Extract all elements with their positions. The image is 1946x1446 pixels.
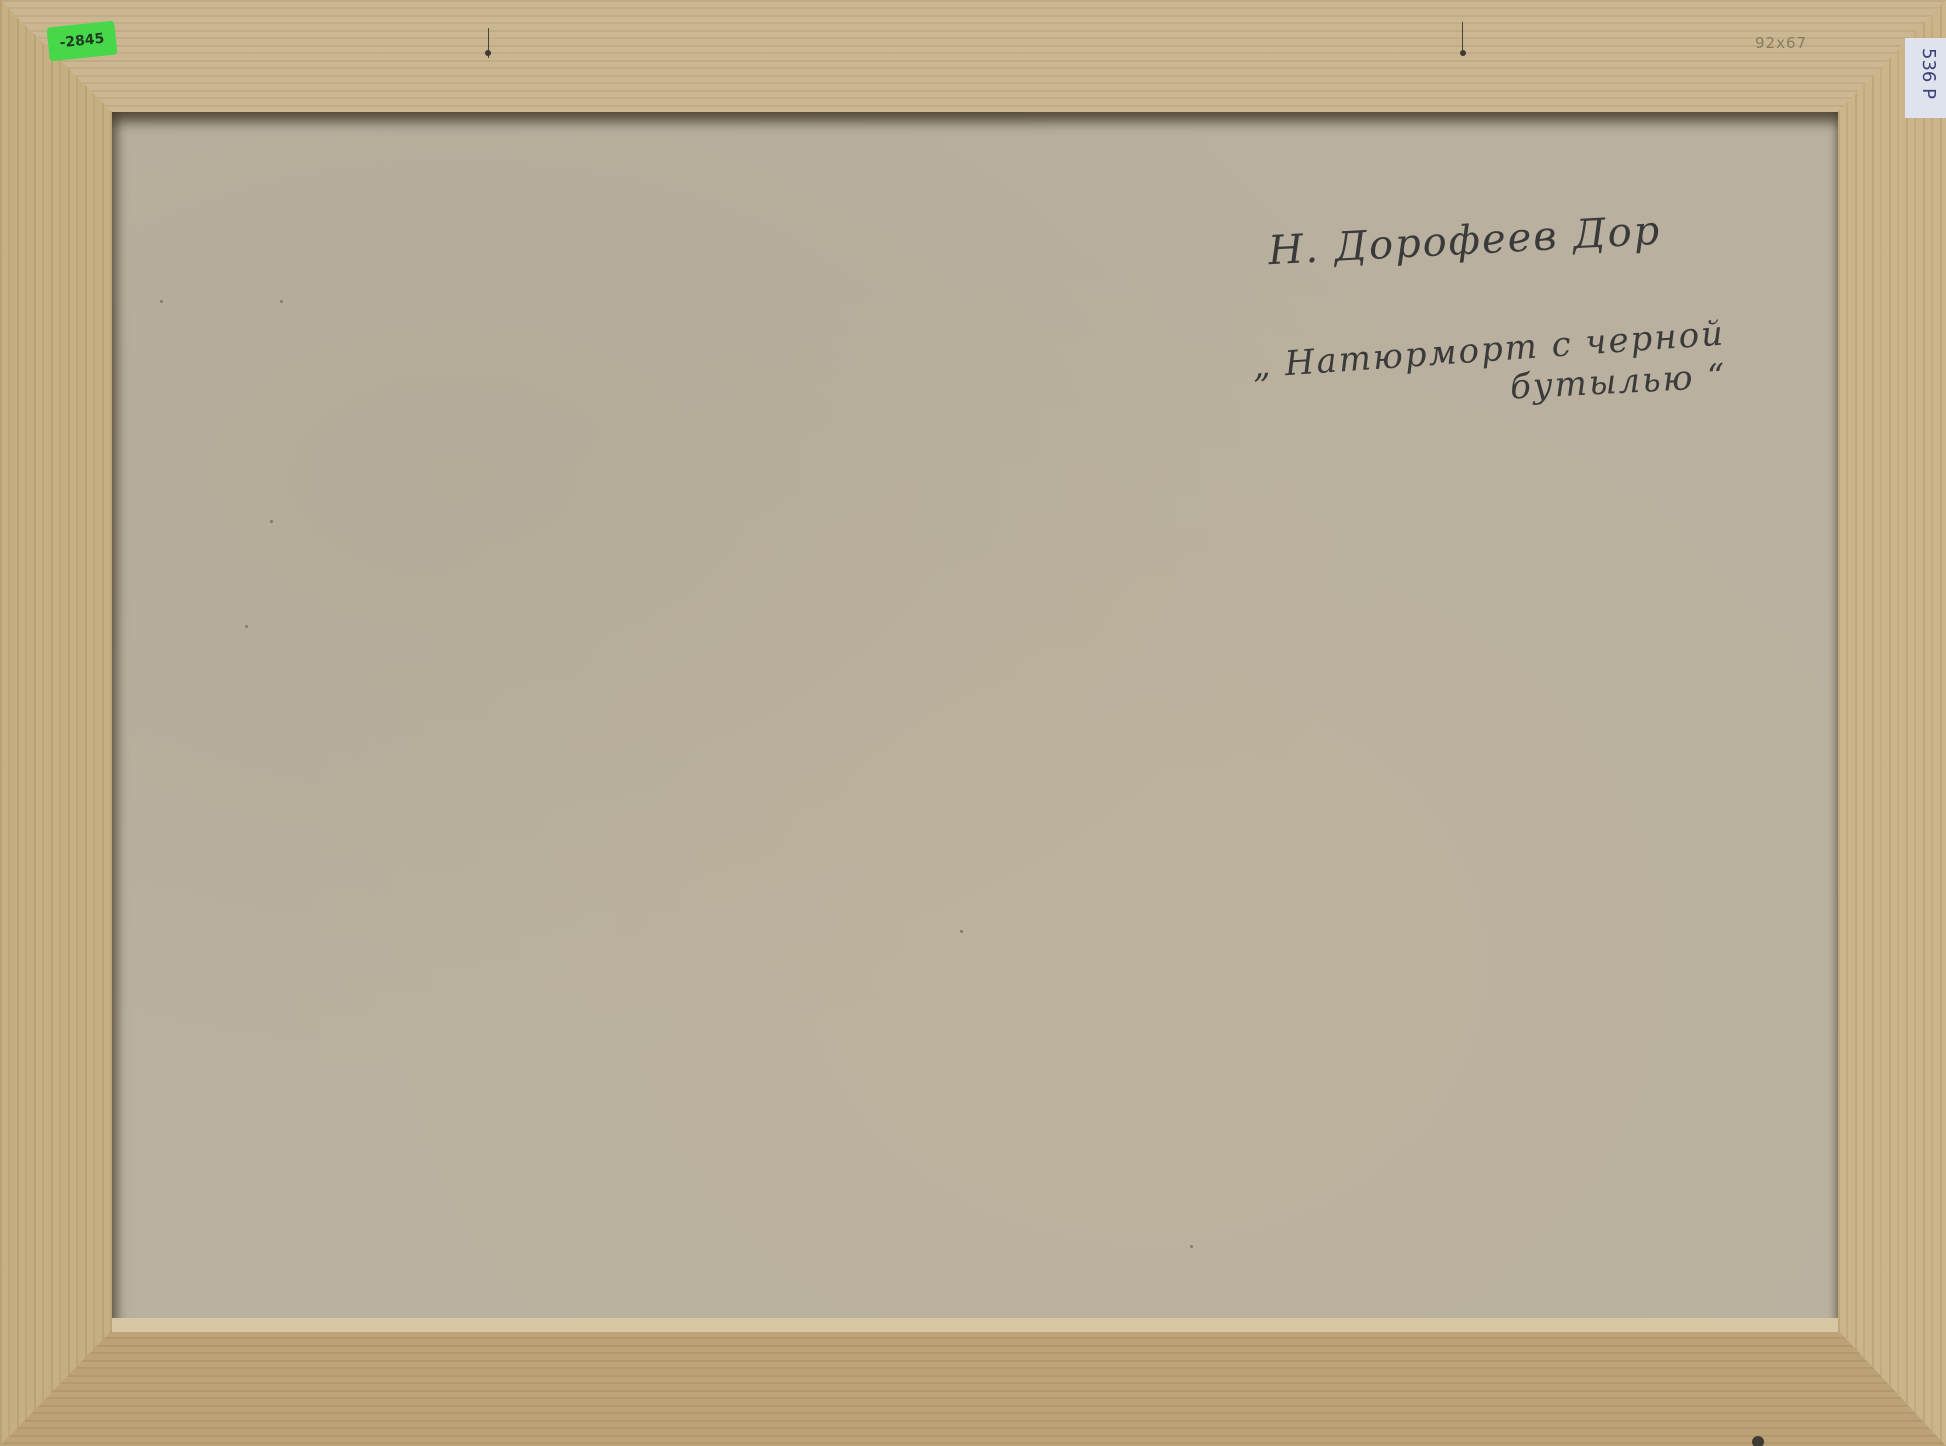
inventory-sticker: -2845 (46, 21, 117, 62)
board-speck (1190, 1245, 1193, 1248)
board-speck (960, 930, 963, 933)
sticker-text: -2845 (59, 31, 105, 52)
nail-head (1752, 1436, 1764, 1446)
board-bottom-edge (112, 1318, 1838, 1332)
board-speck (280, 300, 283, 303)
backing-board (112, 112, 1838, 1330)
board-speck (160, 300, 163, 303)
frame-left-rail (0, 0, 112, 1446)
nail-head (1460, 50, 1466, 56)
painting-back: -2845 536 Р 92x67 Н. Дорофеев Дор „ Натю… (0, 0, 1946, 1446)
board-speck (245, 625, 248, 628)
pencil-dimensions: 92x67 (1755, 34, 1807, 52)
frame-top-rail (0, 0, 1946, 112)
board-speck (270, 520, 273, 523)
frame-bottom-rail (0, 1330, 1946, 1446)
frame-right-rail (1838, 0, 1946, 1446)
catalog-label-text: 536 Р (1918, 48, 1939, 99)
catalog-label: 536 Р (1905, 38, 1946, 118)
nail-head (485, 50, 491, 56)
